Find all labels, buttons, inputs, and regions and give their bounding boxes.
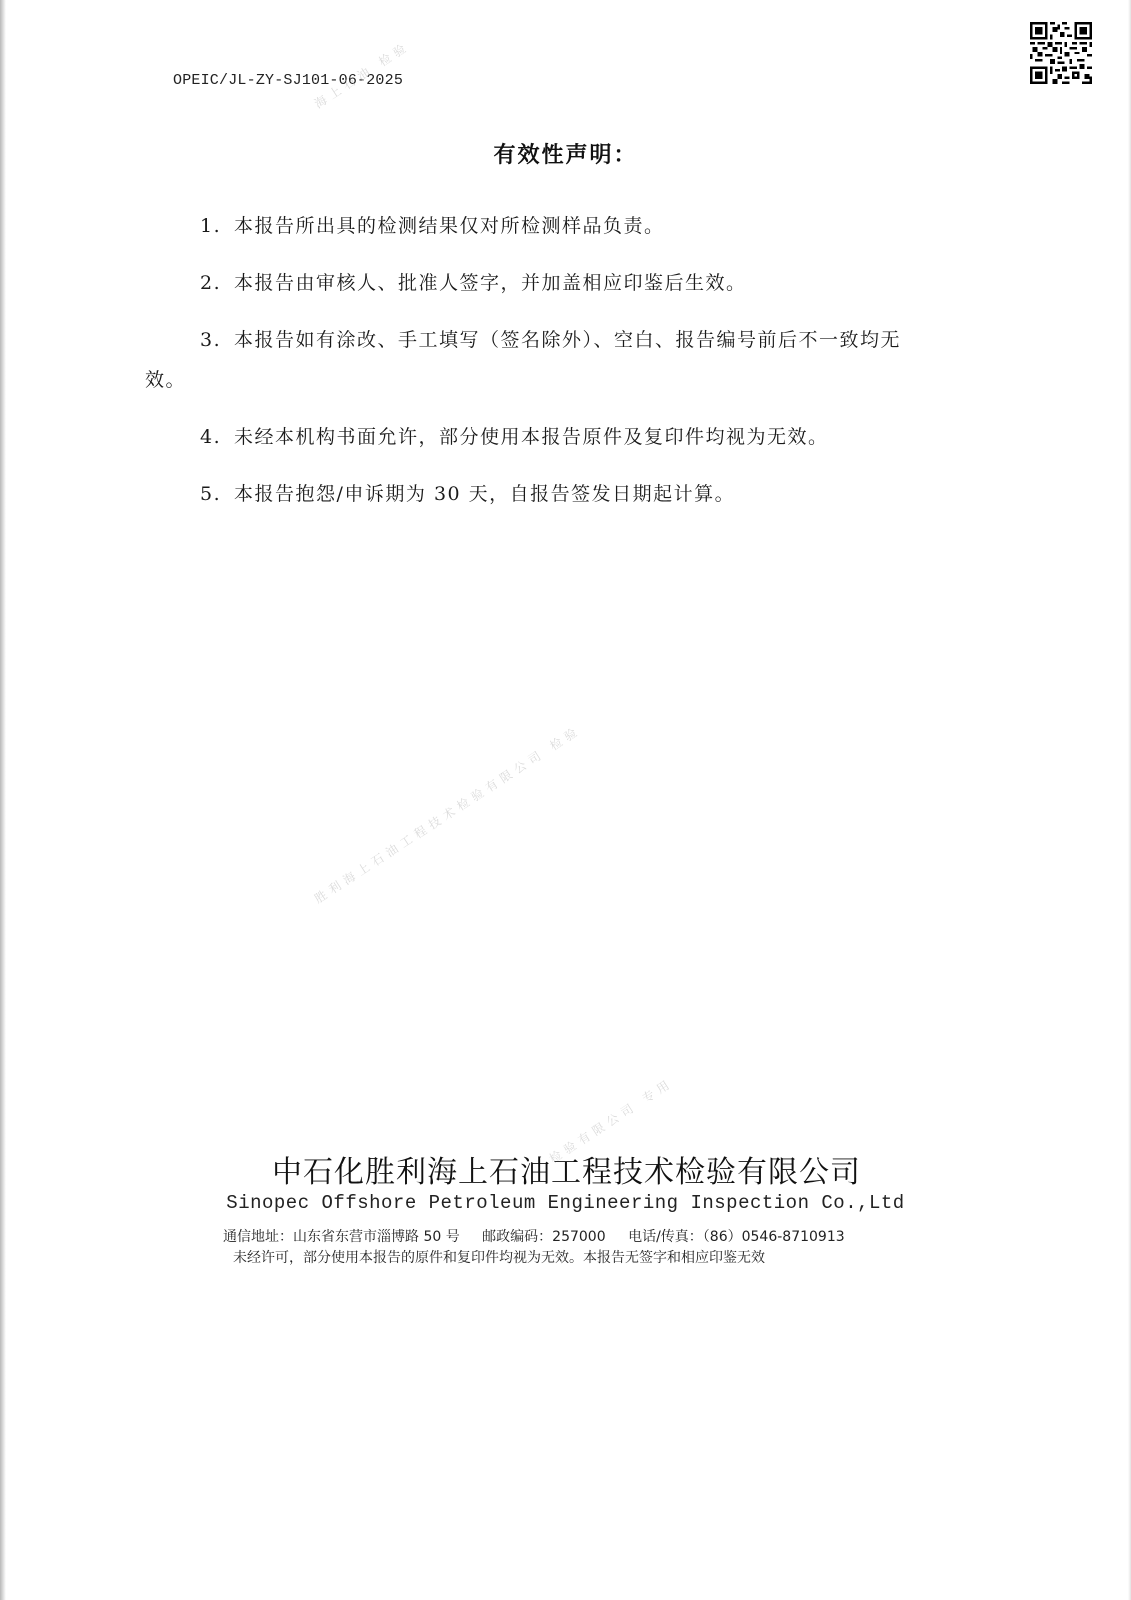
postcode: 邮政编码：257000 [482,1229,605,1245]
clause-2: 2.本报告由审核人、批准人签字，并加盖相应印鉴后生效。 [145,263,935,303]
contact-info: 通信地址：山东省东营市淄博路 50 号 邮政编码：257000 电话/传真：（8… [223,1228,845,1246]
address-value: 山东省东营市淄博路 50 号 [293,1229,460,1245]
clause-number: 1. [200,206,234,246]
address-label: 通信地址： [223,1229,293,1245]
clause-1: 1.本报告所出具的检测结果仅对所检测样品负责。 [145,206,935,246]
phone-fax: 电话/传真：（86）0546-8710913 [628,1229,845,1245]
validity-clauses: 1.本报告所出具的检测结果仅对所检测样品负责。 2.本报告由审核人、批准人签字，… [145,206,935,531]
company-footer: 中石化胜利海上石油工程技术检验有限公司 Sinopec Offshore Pet… [0,1155,1131,1215]
postcode-value: 257000 [552,1229,605,1245]
scan-edge-left [0,0,6,1600]
clause-text: 本报告如有涂改、手工填写（签名除外）、空白、报告编号前后不一致均无效。 [145,329,901,391]
clause-text: 未经本机构书面允许，部分使用本报告原件及复印件均视为无效。 [234,426,829,448]
document-title: 有效性声明： [0,138,1131,169]
clause-3: 3.本报告如有涂改、手工填写（签名除外）、空白、报告编号前后不一致均无效。 [145,320,935,400]
qr-code-icon [1030,22,1092,84]
clause-number: 5. [200,474,234,514]
clause-number: 3. [200,320,234,360]
postcode-label: 邮政编码： [482,1229,552,1245]
company-name-en: Sinopec Offshore Petroleum Engineering I… [0,1191,1131,1215]
address: 通信地址：山东省东营市淄博路 50 号 [223,1229,460,1245]
watermark-stamp: 检验有限公司 专用 [546,1074,677,1167]
phone-label: 电话/传真： [628,1229,703,1245]
clause-5: 5.本报告抱怨/申诉期为 30 天，自报告签发日期起计算。 [145,474,935,514]
company-name-cn: 中石化胜利海上石油工程技术检验有限公司 [0,1155,1131,1191]
clause-text: 本报告抱怨/申诉期为 30 天，自报告签发日期起计算。 [234,483,735,505]
footer-disclaimer: 未经许可，部分使用本报告的原件和复印件均视为无效。本报告无签字和相应印鉴无效 [233,1249,765,1267]
clause-4: 4.未经本机构书面允许，部分使用本报告原件及复印件均视为无效。 [145,417,935,457]
clause-number: 4. [200,417,234,457]
phone-value: （86）0546-8710913 [703,1229,845,1245]
watermark-stamp: 胜利海上石油工程技术检验有限公司 检验 [311,721,584,907]
clause-text: 本报告由审核人、批准人签字，并加盖相应印鉴后生效。 [234,272,747,294]
clause-text: 本报告所出具的检测结果仅对所检测样品负责。 [234,215,665,237]
clause-number: 2. [200,263,234,303]
